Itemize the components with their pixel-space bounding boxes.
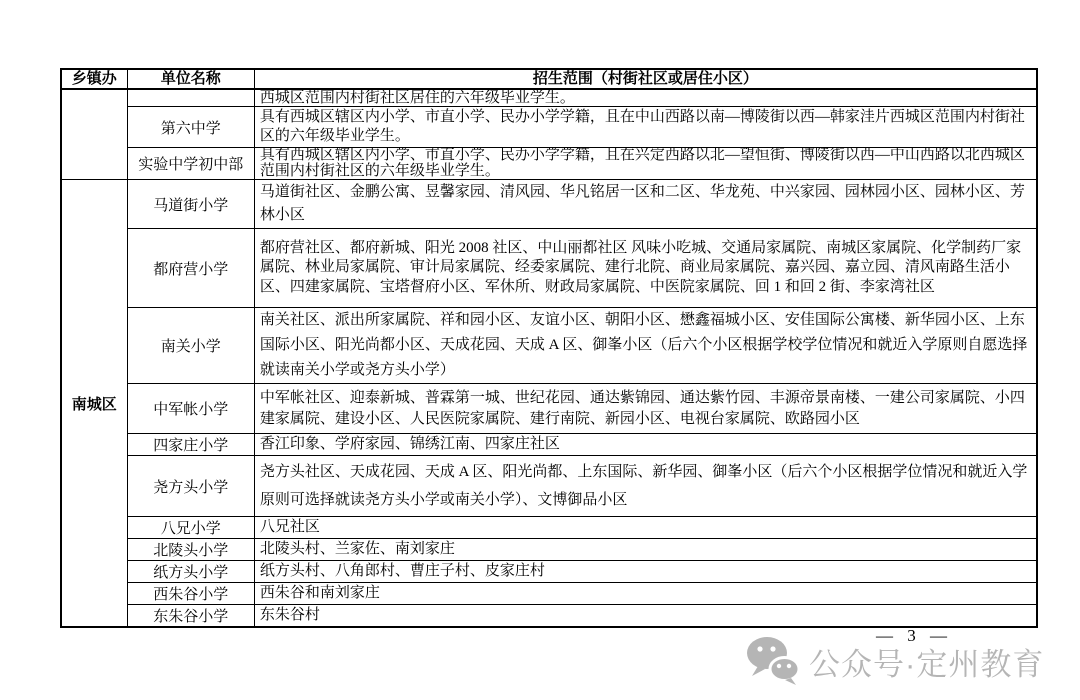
table-row: 西城区范围内村街社区居住的六年级毕业学生。 bbox=[61, 89, 1037, 107]
table-row: 实验中学初中部 具有西城区辖区内小学、市直小学、民办小学学籍，且在兴定西路以北—… bbox=[61, 148, 1037, 180]
table-row: 中军帐小学 中军帐社区、迎泰新城、普霖第一城、世纪花园、通达紫锦园、通达紫竹园、… bbox=[61, 384, 1037, 434]
table-row: 尧方头小学 尧方头社区、天成花园、天成 A 区、阳光尚都、上东国际、新华园、御峯… bbox=[61, 456, 1037, 517]
unit-cell: 四家庄小学 bbox=[127, 434, 254, 456]
table-row: 纸方头小学 纸方头村、八角郎村、曹庄子村、皮家庄村 bbox=[61, 561, 1037, 583]
table-row: 四家庄小学 香江印象、学府家园、锦绣江南、四家庄社区 bbox=[61, 434, 1037, 456]
unit-cell bbox=[127, 89, 254, 107]
range-cell: 南关社区、派出所家属院、祥和园小区、友谊小区、朝阳小区、懋鑫福城小区、安佳国际公… bbox=[254, 308, 1037, 384]
range-cell: 八兄社区 bbox=[254, 517, 1037, 539]
unit-cell: 纸方头小学 bbox=[127, 561, 254, 583]
unit-cell: 东朱谷小学 bbox=[127, 605, 254, 628]
document-page: 乡镇办 单位名称 招生范围（村街社区或居住小区） 西城区范围内村街社区居住的六年… bbox=[0, 0, 1080, 700]
enrollment-table: 乡镇办 单位名称 招生范围（村街社区或居住小区） 西城区范围内村街社区居住的六年… bbox=[60, 68, 1038, 628]
unit-cell: 南关小学 bbox=[127, 308, 254, 384]
unit-cell: 西朱谷小学 bbox=[127, 583, 254, 605]
table-row: 北陵头小学 北陵头村、兰家佐、南刘家庄 bbox=[61, 539, 1037, 561]
office-cell-blank bbox=[61, 89, 127, 180]
unit-cell: 实验中学初中部 bbox=[127, 148, 254, 180]
range-cell: 西城区范围内村街社区居住的六年级毕业学生。 bbox=[254, 89, 1037, 107]
office-cell-nanchengqu: 南城区 bbox=[61, 180, 127, 628]
table-row: 都府营小学 都府营社区、都府新城、阳光 2008 社区、中山丽都社区 风味小吃城… bbox=[61, 229, 1037, 308]
header-unit-name: 单位名称 bbox=[127, 69, 254, 89]
unit-cell: 中军帐小学 bbox=[127, 384, 254, 434]
unit-cell: 第六中学 bbox=[127, 107, 254, 148]
table-row: 南城区 马道街小学 马道街社区、金鹏公寓、昱馨家园、清风园、华凡铭居一区和二区、… bbox=[61, 180, 1037, 229]
range-cell: 具有西城区辖区内小学、市直小学、民办小学学籍，且在兴定西路以北—望恒街、博陵街以… bbox=[254, 148, 1037, 180]
range-cell: 中军帐社区、迎泰新城、普霖第一城、世纪花园、通达紫锦园、通达紫竹园、丰源帝景南楼… bbox=[254, 384, 1037, 434]
range-cell: 马道街社区、金鹏公寓、昱馨家园、清风园、华凡铭居一区和二区、华龙苑、中兴家园、园… bbox=[254, 180, 1037, 229]
header-enroll-range: 招生范围（村街社区或居住小区） bbox=[254, 69, 1037, 89]
range-cell: 都府营社区、都府新城、阳光 2008 社区、中山丽都社区 风味小吃城、交通局家属… bbox=[254, 229, 1037, 308]
page-number: — 3 — bbox=[876, 626, 952, 646]
table-header-row: 乡镇办 单位名称 招生范围（村街社区或居住小区） bbox=[61, 69, 1037, 89]
unit-cell: 都府营小学 bbox=[127, 229, 254, 308]
range-cell: 东朱谷村 bbox=[254, 605, 1037, 628]
range-cell: 北陵头村、兰家佐、南刘家庄 bbox=[254, 539, 1037, 561]
table-row: 西朱谷小学 西朱谷和南刘家庄 bbox=[61, 583, 1037, 605]
table-row: 南关小学 南关社区、派出所家属院、祥和园小区、友谊小区、朝阳小区、懋鑫福城小区、… bbox=[61, 308, 1037, 384]
table-row: 八兄小学 八兄社区 bbox=[61, 517, 1037, 539]
table-row: 东朱谷小学 东朱谷村 bbox=[61, 605, 1037, 628]
unit-cell: 尧方头小学 bbox=[127, 456, 254, 517]
unit-cell: 马道街小学 bbox=[127, 180, 254, 229]
range-cell: 具有西城区辖区内小学、市直小学、民办小学学籍，且在中山西路以南—博陵街以西—韩家… bbox=[254, 107, 1037, 148]
range-cell: 香江印象、学府家园、锦绣江南、四家庄社区 bbox=[254, 434, 1037, 456]
unit-cell: 北陵头小学 bbox=[127, 539, 254, 561]
range-cell: 纸方头村、八角郎村、曹庄子村、皮家庄村 bbox=[254, 561, 1037, 583]
table-row: 第六中学 具有西城区辖区内小学、市直小学、民办小学学籍，且在中山西路以南—博陵街… bbox=[61, 107, 1037, 148]
unit-cell: 八兄小学 bbox=[127, 517, 254, 539]
range-cell: 西朱谷和南刘家庄 bbox=[254, 583, 1037, 605]
range-cell: 尧方头社区、天成花园、天成 A 区、阳光尚都、上东国际、新华园、御峯小区（后六个… bbox=[254, 456, 1037, 517]
wechat-icon bbox=[746, 636, 800, 686]
header-township: 乡镇办 bbox=[61, 69, 127, 89]
